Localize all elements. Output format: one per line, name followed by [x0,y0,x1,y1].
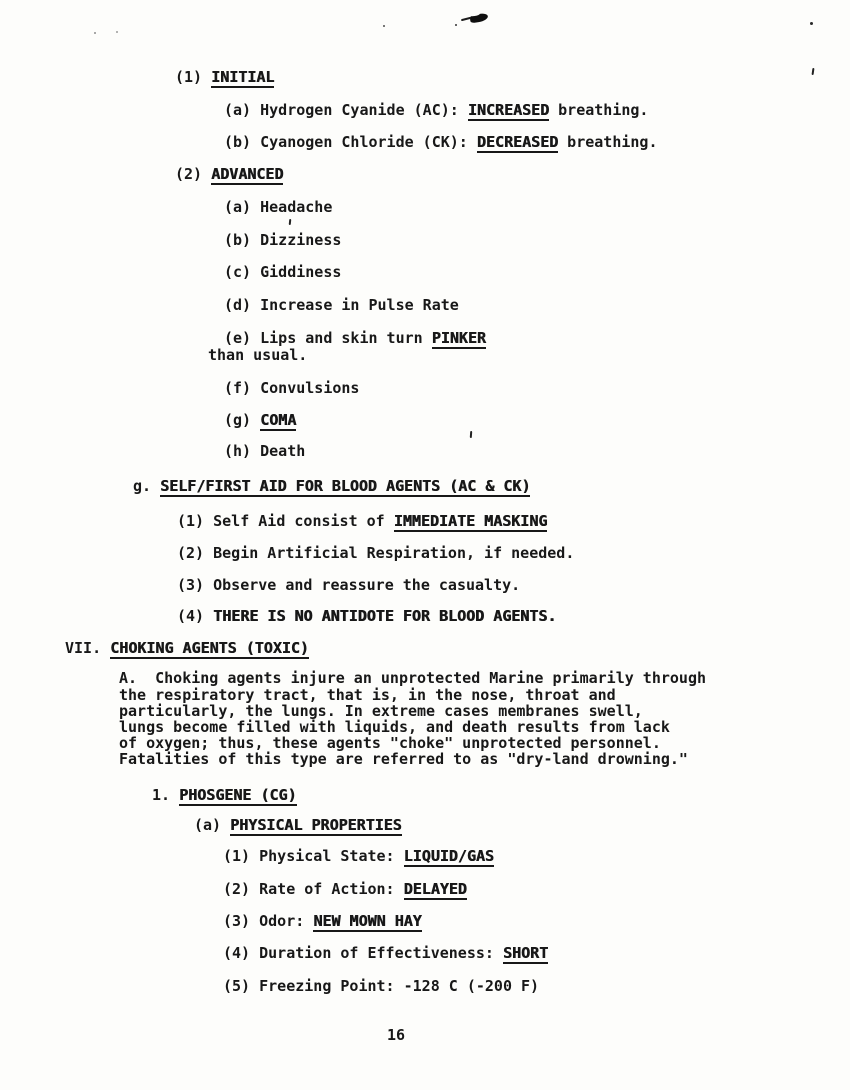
item-label: (1) [175,68,211,86]
symptom-line-hydrogen-cyanide: (a) Hydrogen Cyanide (AC): INCREASED bre… [224,102,648,119]
stray-apostrophe-mark [812,68,815,75]
underlined-text: DECREASED [477,133,558,153]
choking-paragraph-line: Fatalities of this type are referred to … [119,751,688,768]
underlined-text: IMMEDIATE MASKING [394,512,548,532]
physical-properties-heading: (a) PHYSICAL PROPERTIES [194,817,402,834]
line-text: (g) [224,411,260,429]
line-text: than usual. [208,346,307,364]
underlined-text: COMA [260,411,296,431]
symptom-line-headache: (a) Headache [224,199,332,216]
symptom-line-coma: (g) COMA [224,412,296,429]
underlined-text: INCREASED [468,101,549,121]
stray-apostrophe-mark [470,431,472,438]
underlined-text: LIQUID/GAS [404,847,494,867]
line-text: (a) Hydrogen Cyanide (AC): [224,101,468,119]
line-text: (a) Headache [224,198,332,216]
phosgene-heading: 1. PHOSGENE (CG) [152,787,297,804]
underlined-heading-text: INITIAL [211,68,274,88]
line-text: (d) Increase in Pulse Rate [224,296,459,314]
underlined-text: NEW MOWN HAY [313,912,421,932]
item-label: (2) [175,165,211,183]
underlined-text: PINKER [432,329,486,349]
symptom-line-pulse-rate: (d) Increase in Pulse Rate [224,297,459,314]
property-line-physical-state: (1) Physical State: LIQUID/GAS [223,848,494,865]
choking-agents-heading: VII. CHOKING AGENTS (TOXIC) [65,640,309,657]
advanced-symptoms-heading: (2) ADVANCED [175,166,283,183]
property-line-odor: (3) Odor: NEW MOWN HAY [223,913,422,930]
initial-symptoms-heading: (1) INITIAL [175,69,274,86]
line-text: Fatalities of this type are referred to … [119,750,688,768]
property-line-rate-of-action: (2) Rate of Action: DELAYED [223,881,467,898]
underlined-heading-text: CHOKING AGENTS (TOXIC) [110,639,309,659]
line-text: (4) Duration of Effectiveness: [223,944,503,962]
underlined-text: SHORT [503,944,548,964]
line-text: (b) Cyanogen Chloride (CK): [224,133,477,151]
scan-speck [810,22,813,25]
first-aid-line-masking: (1) Self Aid consist of IMMEDIATE MASKIN… [177,513,547,530]
first-aid-line-respiration: (2) Begin Artificial Respiration, if nee… [177,545,574,562]
symptom-line-pinker-wrap: than usual. [208,347,307,364]
document-page: (1) INITIAL (a) Hydrogen Cyanide (AC): I… [0,0,850,1090]
line-text: (2) Begin Artificial Respiration, if nee… [177,544,574,562]
line-text: (5) Freezing Point: -128 C (-200 F) [223,977,539,995]
underlined-heading-text: PHOSGENE (CG) [179,786,296,806]
first-aid-line-no-antidote: (4) THERE IS NO ANTIDOTE FOR BLOOD AGENT… [177,608,556,625]
line-text: A. Choking agents injure an unprotected … [119,669,706,687]
line-text: (1) Physical State: [223,847,404,865]
line-text: (c) Giddiness [224,263,341,281]
property-line-duration: (4) Duration of Effectiveness: SHORT [223,945,548,962]
symptom-line-cyanogen-chloride: (b) Cyanogen Chloride (CK): DECREASED br… [224,134,658,151]
item-label: (4) [177,607,213,625]
line-text: (b) Dizziness [224,231,341,249]
scan-speck [455,24,457,26]
line-text: breathing. [549,101,648,119]
first-aid-line-observe: (3) Observe and reassure the casualty. [177,577,520,594]
underlined-text: DELAYED [404,880,467,900]
section-numeral: VII. [65,639,110,657]
property-line-freezing-point: (5) Freezing Point: -128 C (-200 F) [223,978,539,995]
item-label: (a) [194,816,230,834]
line-text: (3) Odor: [223,912,313,930]
line-text: (1) Self Aid consist of [177,512,394,530]
underlined-heading-text: SELF/FIRST AID FOR BLOOD AGENTS (AC & CK… [160,477,530,497]
bold-warning-text: THERE IS NO ANTIDOTE FOR BLOOD AGENTS. [213,607,556,625]
scan-speck [383,25,385,27]
line-text: breathing. [558,133,657,151]
line-text: (h) Death [224,442,305,460]
symptom-line-death: (h) Death [224,443,305,460]
symptom-line-giddiness: (c) Giddiness [224,264,341,281]
underlined-heading-text: PHYSICAL PROPERTIES [230,816,402,836]
item-label: g. [133,477,160,495]
symptom-line-pinker: (e) Lips and skin turn PINKER [224,330,486,347]
page-number-text: 16 [387,1026,405,1044]
line-text: (2) Rate of Action: [223,880,404,898]
underlined-heading-text: ADVANCED [211,165,283,185]
choking-paragraph-line: A. Choking agents injure an unprotected … [119,670,706,687]
line-text: (3) Observe and reassure the casualty. [177,576,520,594]
line-text: (e) Lips and skin turn [224,329,432,347]
symptom-line-dizziness: (b) Dizziness [224,232,341,249]
scan-speck [94,32,96,34]
symptom-line-convulsions: (f) Convulsions [224,380,359,397]
scan-speck [116,31,118,33]
item-label: 1. [152,786,179,804]
stray-apostrophe-mark [289,219,292,225]
line-text: (f) Convulsions [224,379,359,397]
page-number: 16 [387,1027,405,1044]
first-aid-heading: g. SELF/FIRST AID FOR BLOOD AGENTS (AC &… [133,478,530,495]
